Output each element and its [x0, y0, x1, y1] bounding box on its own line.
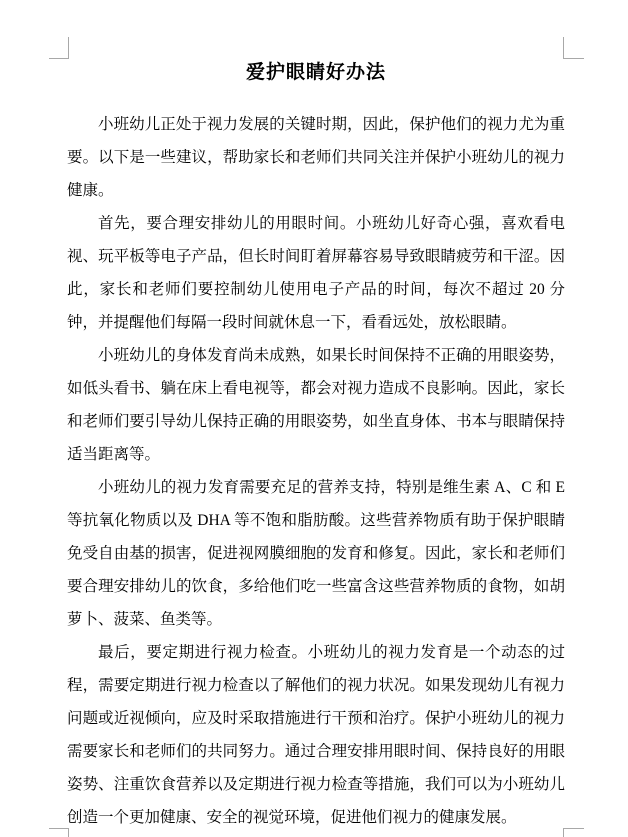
- margin-crop-mark-top-left: [49, 37, 69, 59]
- paragraph-intro: 小班幼儿正处于视力发展的关键时期，因此，保护他们的视力尤为重要。以下是一些建议，…: [67, 108, 565, 207]
- document-page: 爱护眼睛好办法 小班幼儿正处于视力发展的关键时期，因此，保护他们的视力尤为重要。…: [0, 0, 628, 837]
- paragraph-nutrition: 小班幼儿的视力发育需要充足的营养支持，特别是维生素 A、C 和 E 等抗氧化物质…: [67, 471, 565, 636]
- document-title: 爱护眼睛好办法: [67, 58, 565, 88]
- document-content: 爱护眼睛好办法 小班幼儿正处于视力发展的关键时期，因此，保护他们的视力尤为重要。…: [67, 58, 565, 834]
- margin-crop-mark-bottom-right: [563, 828, 584, 837]
- paragraph-checkups-conclusion: 最后，要定期进行视力检查。小班幼儿的视力发育是一个动态的过程，需要定期进行视力检…: [67, 636, 565, 834]
- paragraph-posture: 小班幼儿的身体发育尚未成熟，如果长时间保持不正确的用眼姿势，如低头看书、躺在床上…: [67, 339, 565, 471]
- margin-crop-mark-bottom-left: [49, 828, 69, 837]
- margin-crop-mark-top-right: [563, 37, 584, 59]
- paragraph-screen-time: 首先，要合理安排幼儿的用眼时间。小班幼儿好奇心强，喜欢看电视、玩平板等电子产品，…: [67, 207, 565, 339]
